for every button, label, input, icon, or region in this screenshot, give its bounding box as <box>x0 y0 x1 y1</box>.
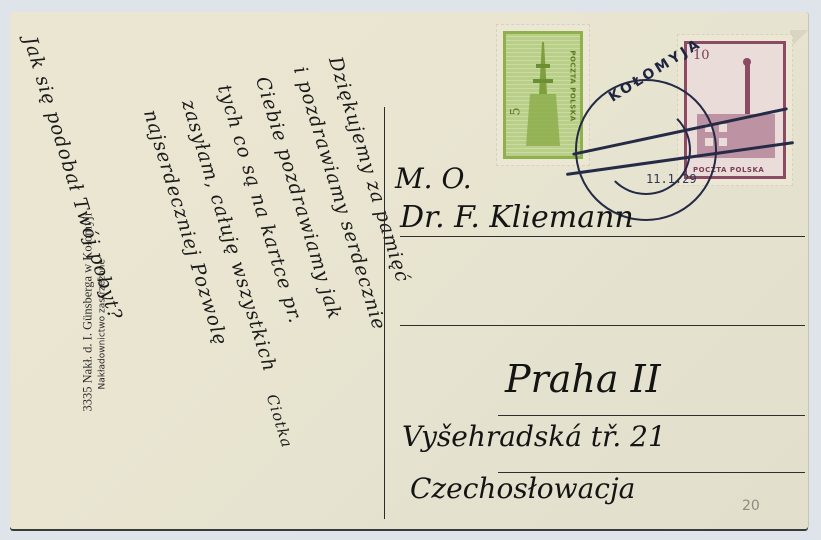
stamp-5gr-value: 5 <box>509 107 524 115</box>
address-rule-1 <box>400 236 805 237</box>
postcard: 3335 Nakł. d. I. Günsberga w Kołomyji Na… <box>10 12 808 529</box>
postmark-date: 11.1.29 <box>646 172 697 186</box>
address-line-5: Czechosłowacja <box>410 472 635 505</box>
center-divider <box>384 107 385 519</box>
stamp-5gr-country: POCZTA POLSKA <box>568 50 576 121</box>
address-rule-2 <box>400 325 805 326</box>
message-line-7: Jak się podobał Twój pobyt? <box>19 34 126 323</box>
message-signature: Ciotka <box>263 392 296 450</box>
address-rule-3 <box>498 415 805 416</box>
address-line-4: Vyšehradská tř. 21 <box>402 420 666 453</box>
address-line-3: Praha II <box>505 357 661 401</box>
address-line-2: Dr. F. Kliemann <box>400 200 634 235</box>
address-line-1: M. O. <box>395 162 472 195</box>
pencil-note: 20 <box>742 498 760 514</box>
